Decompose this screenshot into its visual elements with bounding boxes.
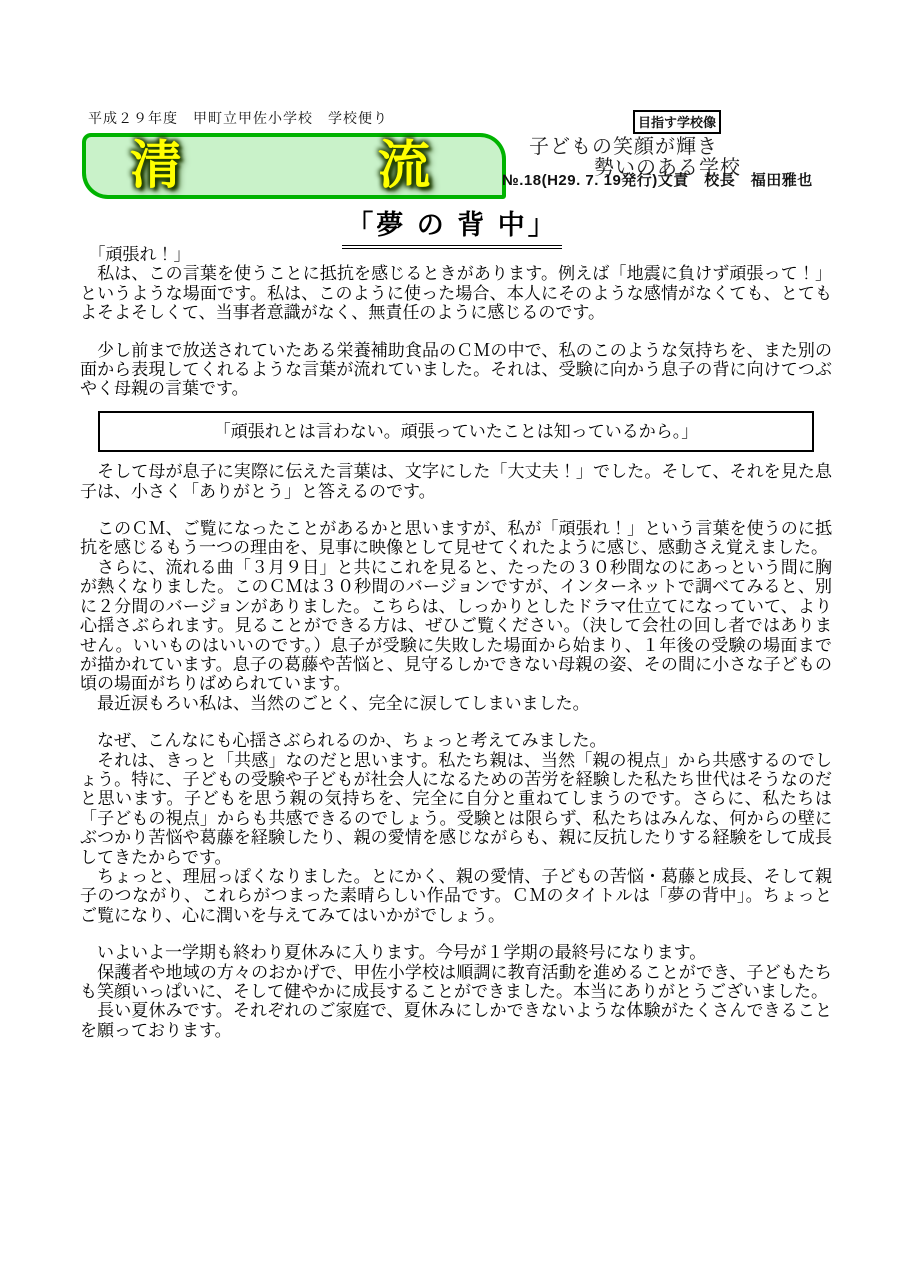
mother-quote-box: 「頑張れとは言わない。頑張っていたことは知っているから。」 [98, 411, 814, 452]
paragraph-cm-intro: 少し前まで放送されていたある栄養補助食品のＣＭの中で、私のこのような気持ちを、ま… [80, 341, 832, 399]
paragraph-summary: ちょっと、理屈っぽくなりました。とにかく、親の愛情、子どもの苦悩・葛藤と成長、そ… [80, 867, 832, 925]
newsletter-title-banner: 清 流 [82, 133, 506, 199]
newsletter-page: 平成２９年度 甲町立甲佐小学校 学校便り 清 流 目指す学校像 子どもの笑顔が輝… [0, 0, 904, 1280]
blank-line [80, 713, 832, 731]
banner-char-sei: 清 [130, 140, 182, 192]
paragraph-why: なぜ、こんなにも心揺さぶられるのか、ちょっと考えてみました。 [80, 731, 832, 750]
paragraph-ganbare: 「頑張れ！」 [80, 245, 832, 264]
paragraph-resistance: 私は、この言葉を使うことに抵抗を感じるときがあります。例えば「地震に負けず頑張っ… [80, 264, 832, 322]
paragraph-daijoubu: そして母が息子に実際に伝えた言葉は、文字にした「大丈夫！」でした。そして、それを… [80, 462, 832, 501]
blank-line [80, 925, 832, 943]
blank-line [80, 501, 832, 519]
paragraph-kyokan: それは、きっと「共感」なのだと思います。私たち親は、当然「親の視点」から共感する… [80, 751, 832, 867]
paragraph-march9: さらに、流れる曲「３月９日」と共にこれを見ると、たったの３０秒間なのにあっという… [80, 558, 832, 694]
article-title: 「夢 の 背 中」 [342, 203, 562, 249]
paragraph-cm-impression: このＣＭ、ご覧になったことがあるかと思いますが、私が「頑張れ！」という言葉を使う… [80, 519, 832, 558]
paragraph-summer-wish: 長い夏休みです。それぞれのご家庭で、夏休みにしかできないような体験がたくさんでき… [80, 1001, 832, 1040]
article-title-wrap: 「夢 の 背 中」 [0, 203, 904, 249]
banner-char-ryu: 流 [378, 140, 430, 192]
paragraph-thanks: 保護者や地域の方々のおかげで、甲佐小学校は順調に教育活動を進めることができ、子ど… [80, 963, 832, 1002]
paragraph-tears: 最近涙もろい私は、当然のごとく、完全に涙してしまいました。 [80, 694, 832, 713]
paragraph-term-end: いよいよ一学期も終わり夏休みに入ります。今号が１学期の最終号になります。 [80, 943, 832, 962]
school-year-line: 平成２９年度 甲町立甲佐小学校 学校便り [88, 108, 388, 128]
issue-number-line: №.18(H29. 7. 19発行)文責 校長 福田雅也 [502, 169, 813, 190]
blank-line [80, 323, 832, 341]
article-body: 「頑張れ！」 私は、この言葉を使うことに抵抗を感じるときがあります。例えば「地震… [80, 245, 832, 1040]
